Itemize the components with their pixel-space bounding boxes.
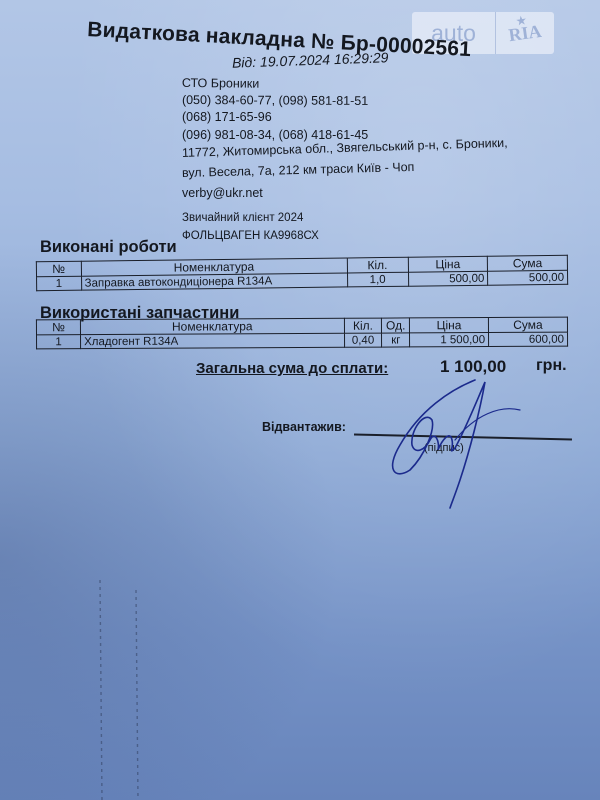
cell-sum: 500,00 [488,270,568,285]
cell-qty: 1,0 [347,272,408,287]
info-value: вул. Весела, 7а, 212 км траси Київ - Чоп [182,160,415,180]
cell-number: 1 [37,335,81,349]
cell-name: Заправка автокондиціонера R134A [81,273,347,290]
col-price: Ціна [408,256,488,272]
date-label: Від: [232,54,257,71]
shipped-by-label: Відвантажив: [262,420,346,434]
col-number: № [36,261,81,277]
col-sum: Сума [488,255,568,271]
col-unit: Од. [382,318,410,333]
cell-number: 1 [37,276,82,291]
document-title-text: Видаткова накладна № [87,18,336,54]
col-sum: Сума [488,317,567,332]
parts-table: № Номенклатура Кіл. Од. Ціна Сума 1 Хлад… [36,317,568,350]
printer-streaks [92,580,152,800]
handwritten-signature [380,370,550,510]
info-value: (096) 981-08-34, (068) 418-61-45 [182,128,368,142]
cell-unit: кг [382,333,410,347]
date-value: 19.07.2024 16:29:29 [260,49,389,69]
info-value: (068) 171-65-96 [182,110,272,124]
table-row: 1 Хладогент R134A 0,40 кг 1 500,00 600,0… [37,332,568,349]
col-price: Ціна [410,318,489,333]
col-name: Номенклатура [81,318,345,334]
cell-name: Хладогент R134A [81,333,345,348]
invoice-document: Видаткова накладна №Бр-00002561 Від: 19.… [0,0,600,520]
col-qty: Кіл. [347,257,408,273]
document-date: Від: 19.07.2024 16:29:29 [232,49,389,70]
works-table: № Номенклатура Кіл. Ціна Сума 1 Заправка… [36,255,568,291]
col-qty: Кіл. [344,318,382,333]
col-number: № [36,320,80,335]
works-section-title: Виконані роботи [40,238,177,257]
cell-qty: 0,40 [344,333,382,347]
car-value: ФОЛЬЦВАГЕН КА9968СХ [182,230,319,242]
payer-value: Звичайний клієнт 2024 [182,212,303,224]
cell-price: 1 500,00 [410,333,489,347]
total-line: Загальна сума до сплати: 1 100,00 грн. [196,360,388,377]
total-label: Загальна сума до сплати: [196,360,388,377]
cell-price: 500,00 [408,271,488,286]
info-value: СТО Броники [182,76,259,91]
cell-sum: 600,00 [489,332,568,346]
info-value: verby@ukr.net [182,186,263,200]
info-value: (050) 384-60-77, (098) 581-81-51 [182,93,368,108]
